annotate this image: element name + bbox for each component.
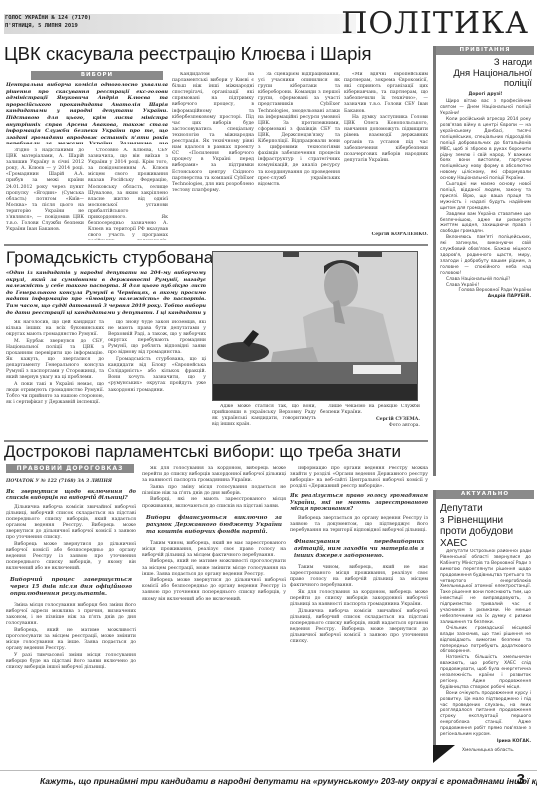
actual-title-2: з Рівненщини (436, 515, 534, 527)
highlight-1: Виборчий процес завершується через 15 дн… (6, 575, 136, 600)
footer-divider (0, 770, 537, 771)
article2-signature: Сергій СУЗЕМА. (320, 417, 420, 423)
highlight-3: Фінансування передвиборних агітацій, ним… (290, 537, 428, 562)
article1-signature: Сергій КОРАЛЕНКО. (344, 232, 428, 238)
sidebar-greeting: ПРИВІТАННЯ З нагоди Дня Національної пол… (433, 46, 534, 476)
article1-column-1: Згідно з надісланими до ЦВК матеріалами,… (6, 148, 84, 240)
page-number: 3 (517, 771, 525, 788)
article1-column-5: «Ми вдячні європейським партнерам, зокре… (344, 72, 428, 232)
photo-caption-left: Адже може статися так, що вони, прийшовш… (212, 404, 316, 436)
actual-title-1: Депутати (436, 503, 534, 515)
footer-teaser: Кажуть, що принаймні три кандидати в нар… (40, 776, 537, 786)
actual-rubric: АКТУАЛЬНО (436, 490, 534, 499)
actual-body: Депутати Острозької районної ради Рівнен… (436, 549, 534, 739)
article2-lead: «Один із кандидатів у народні депутати н… (6, 270, 206, 316)
photo-caption-right: Лише чекаємо на реакцію Служби безпеки У… (320, 404, 420, 438)
masthead-meta: ГОЛОС УКРАЇНИ № 124 (7170) П'ЯТНИЦЯ, 5 Л… (5, 14, 91, 30)
paper-date: П'ЯТНИЦЯ, 5 ЛИПНЯ 2019 (5, 22, 91, 30)
greeting-title-3: поліції (436, 79, 534, 90)
article1-headline: ЦВК скасувала реєстрацію Клюєва і Шарія (4, 43, 372, 65)
article3-rubric: ПРАВОВИЙ ДОРОГОВКАЗ (6, 464, 134, 473)
sidebar-actual: АКТУАЛЬНО Депутати з Рівненщини проти до… (433, 490, 534, 745)
greeting-body: Дорогі друзі! Щиро вітаю вас з професійн… (436, 90, 534, 470)
article3-column-3: Інформацію про органи ведення Реєстру мо… (290, 466, 428, 766)
greeting-signature-name: Андрій ПАРУБІЙ. (440, 294, 531, 300)
greeting-salutation: Дорогі друзі! (440, 92, 531, 98)
greeting-title-1: З нагоди (436, 58, 534, 69)
speaker-photo-icon (213, 252, 418, 401)
photo-credit: Фото автора. (320, 423, 420, 429)
article3-column-1: ПОЧАТОК У № 122 (7168) ЗА 3 ЛИПНЯ Як зве… (6, 476, 136, 766)
divider (4, 244, 428, 246)
paper-issue: ГОЛОС УКРАЇНИ № 124 (7170) (5, 14, 91, 22)
article2-column-1: Як наголосив, що цей кандидат та кілька … (6, 320, 104, 436)
actual-location: Хмельницька область. (462, 748, 522, 754)
article1-column-4: За сценарієм відпрацювання, усі учасники… (258, 72, 340, 240)
actual-title-3: проти добудови ХАЕС (436, 526, 534, 549)
article2-headline: Громадськість стурбована... (6, 248, 227, 268)
article2-photo (212, 251, 418, 401)
article3-headline: Дострокові парламентські вибори: що треб… (4, 442, 401, 462)
corner-fold-decoration (433, 745, 455, 763)
question-2: Як реалізується право голосу громадянам … (290, 493, 428, 513)
article3-column-2: Як для голосування за кордоном, виборець… (142, 466, 286, 766)
article1-column-2: Стосовно А. Клюєва, СБУ зазначила, що ві… (88, 148, 168, 240)
article1-signature-block: Сергій КОРАЛЕНКО. (344, 232, 428, 242)
section-title: ПОЛІТИКА (341, 6, 529, 41)
article1-lead: Центральна виборча комісія одноголосно у… (6, 82, 168, 144)
question-1: Як звернутися щодо включення до списків … (6, 489, 136, 502)
greeting-rubric: ПРИВІТАННЯ (436, 46, 534, 55)
continuation-note: ПОЧАТОК У № 122 (7168) ЗА 3 ЛИПНЯ (6, 479, 136, 486)
article1-rubric: ВИБОРИ (31, 71, 163, 80)
article2-column-2: що знову буде закон іноземців, які не ма… (108, 320, 206, 436)
masthead: ГОЛОС УКРАЇНИ № 124 (7170) П'ЯТНИЦЯ, 5 Л… (0, 0, 537, 42)
article1-column-3: Кандидатом на парламентські вибори у Киє… (172, 72, 254, 240)
highlight-2: Вибори фінансуються виключно за рахунок … (142, 513, 286, 538)
